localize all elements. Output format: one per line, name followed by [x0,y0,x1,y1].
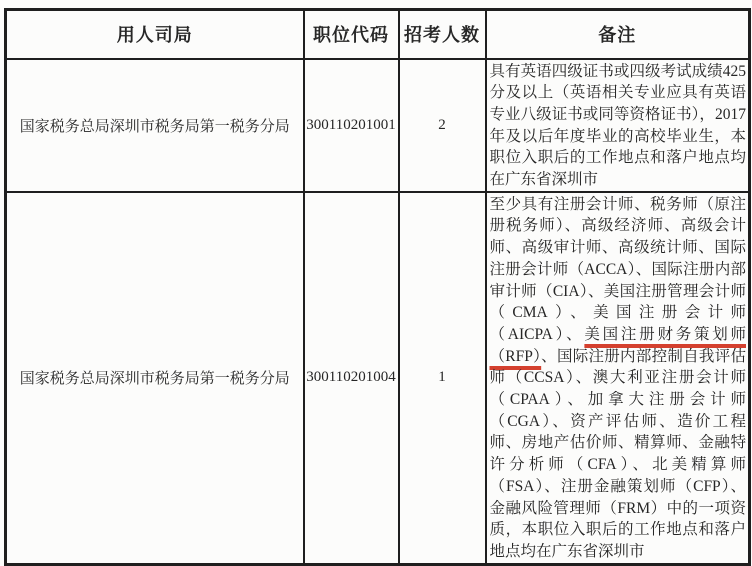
cell-remarks: 具有英语四级证书或四级考试成绩425分及以上（英语相关专业应具有英语专业八级证书… [486,59,750,192]
document-page: 用人司局 职位代码 招考人数 备注 国家税务总局深圳市税务局第一税务分局 300… [0,0,752,566]
header-row: 用人司局 职位代码 招考人数 备注 [6,10,750,59]
column-header-position-code: 职位代码 [304,10,399,59]
column-header-headcount: 招考人数 [399,10,486,59]
cell-position-code: 300110201001 [304,59,399,192]
cell-department: 国家税务总局深圳市税务局第一税务分局 [6,192,304,564]
column-header-department: 用人司局 [6,10,304,59]
recruitment-table: 用人司局 职位代码 招考人数 备注 国家税务总局深圳市税务局第一税务分局 300… [4,8,751,566]
cell-position-code: 300110201004 [304,192,399,564]
cell-headcount: 2 [399,59,486,192]
cell-remarks: 至少具有注册会计师、税务师（原注册税务师）、高级经济师、高级会计师、高级审计师、… [486,192,750,564]
column-header-remarks: 备注 [486,10,750,59]
cell-department: 国家税务总局深圳市税务局第一税务分局 [6,59,304,192]
table-row: 国家税务总局深圳市税务局第一税务分局 300110201004 1 至少具有注册… [6,192,750,564]
table-row: 国家税务总局深圳市税务局第一税务分局 300110201001 2 具有英语四级… [6,59,750,192]
cell-headcount: 1 [399,192,486,564]
remarks-text: 至少具有注册会计师、税务师（原注册税务师）、高级经济师、高级会计师、高级审计师、… [490,196,747,343]
remarks-text: 、国际注册内部控制自我评估师（CCSA）、澳大利亚注册会计师（CPAA）、加拿大… [490,348,747,560]
remarks-text: 具有英语四级证书或四级考试成绩425分及以上（英语相关专业应具有英语专业八级证书… [490,63,747,189]
